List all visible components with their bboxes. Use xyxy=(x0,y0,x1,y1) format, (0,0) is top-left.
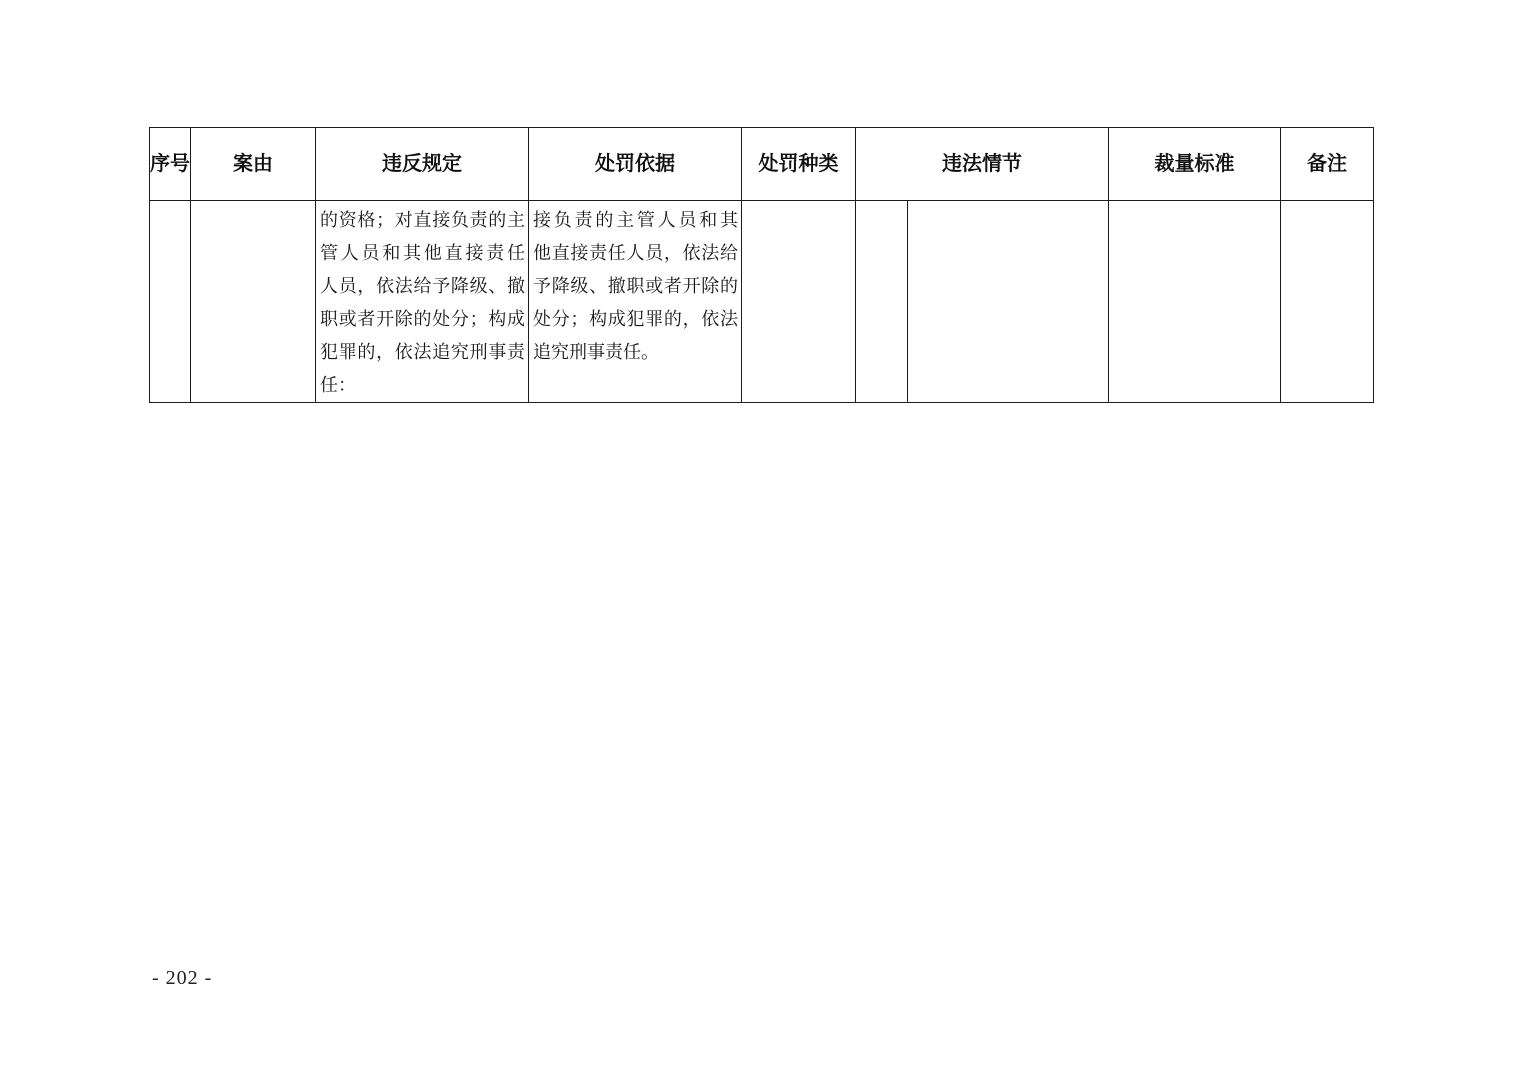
cell-penalty-type xyxy=(742,201,856,403)
cell-text-line: 任： xyxy=(320,369,525,402)
cell-text-line: 犯罪的，依法追究刑事责 xyxy=(320,336,525,369)
col-header-case-cause: 案由 xyxy=(191,128,316,201)
document-page: 序号 案由 违反规定 处罚依据 处罚种类 违法情节 裁量标准 备注 的资格；对直… xyxy=(0,0,1520,1074)
col-header-illegal-circumstance: 违法情节 xyxy=(856,128,1109,201)
cell-text-line: 他直接责任人员，依法给 xyxy=(533,237,738,270)
col-header-violated-provision: 违反规定 xyxy=(316,128,529,201)
cell-text-line: 的资格；对直接负责的主 xyxy=(320,204,525,237)
cell-text-line: 职或者开除的处分；构成 xyxy=(320,303,525,336)
cell-text-line: 管人员和其他直接责任 xyxy=(320,237,525,270)
penalty-discretion-table: 序号 案由 违反规定 处罚依据 处罚种类 违法情节 裁量标准 备注 的资格；对直… xyxy=(149,127,1374,403)
col-header-penalty-type: 处罚种类 xyxy=(742,128,856,201)
cell-remarks xyxy=(1281,201,1374,403)
header-row: 序号 案由 违反规定 处罚依据 处罚种类 违法情节 裁量标准 备注 xyxy=(150,128,1374,201)
cell-text-line: 接负责的主管人员和其 xyxy=(533,204,738,237)
page-number: - 202 - xyxy=(152,967,212,990)
cell-case-cause xyxy=(191,201,316,403)
cell-illegal-circumstance-sub2 xyxy=(908,201,1109,403)
cell-discretion-standard xyxy=(1109,201,1281,403)
col-header-penalty-basis: 处罚依据 xyxy=(529,128,742,201)
cell-text-line: 追究刑事责任。 xyxy=(533,336,738,369)
cell-serial-number xyxy=(150,201,191,403)
col-header-serial-number: 序号 xyxy=(150,128,191,201)
col-header-discretion-standard: 裁量标准 xyxy=(1109,128,1281,201)
cell-violated-provision: 的资格；对直接负责的主管人员和其他直接责任人员，依法给予降级、撤职或者开除的处分… xyxy=(316,201,529,403)
table-row: 的资格；对直接负责的主管人员和其他直接责任人员，依法给予降级、撤职或者开除的处分… xyxy=(150,201,1374,403)
cell-text-line: 予降级、撤职或者开除的 xyxy=(533,270,738,303)
cell-illegal-circumstance-sub1 xyxy=(856,201,908,403)
cell-text-line: 处分；构成犯罪的，依法 xyxy=(533,303,738,336)
cell-text-line: 人员，依法给予降级、撤 xyxy=(320,270,525,303)
col-header-remarks: 备注 xyxy=(1281,128,1374,201)
cell-penalty-basis: 接负责的主管人员和其他直接责任人员，依法给予降级、撤职或者开除的处分；构成犯罪的… xyxy=(529,201,742,403)
